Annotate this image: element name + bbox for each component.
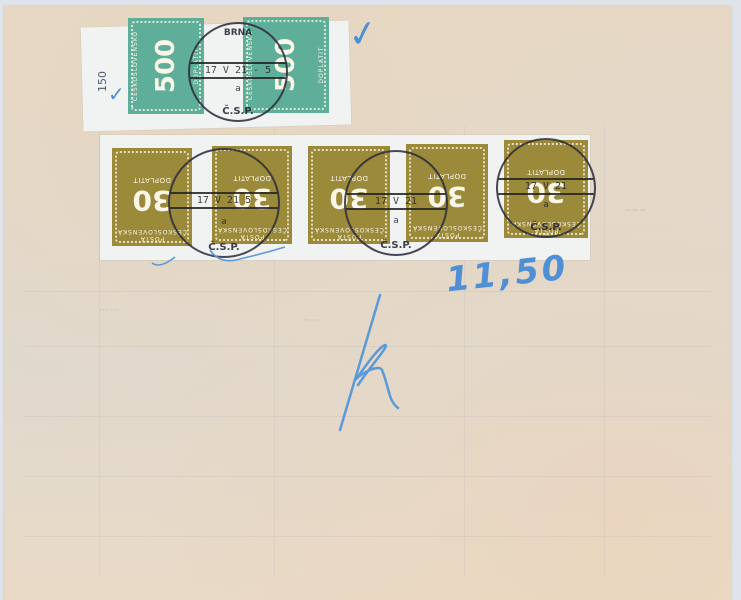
postmark: 17 V 21 5 a Č.S.P. bbox=[168, 148, 280, 258]
form-rule bbox=[24, 476, 711, 477]
form-rule bbox=[24, 536, 711, 537]
check-mark: ✓ bbox=[108, 82, 125, 106]
postmark: 17 V 21 a Č.S.P. bbox=[344, 150, 448, 256]
pencil-stroke bbox=[150, 245, 290, 275]
form-rule bbox=[604, 126, 605, 576]
faint-form-text: ·· ·· bbox=[304, 316, 318, 326]
postmark: BRNA 17 V 21 - 5 a Č.S.P. bbox=[188, 22, 288, 122]
postmark: 17 V 21 a Č.S.P. bbox=[496, 138, 596, 238]
handwritten-initial-k bbox=[330, 290, 430, 440]
faint-form-text: ~~~ bbox=[624, 206, 647, 216]
faint-form-text: ··· ··· bbox=[99, 306, 119, 316]
